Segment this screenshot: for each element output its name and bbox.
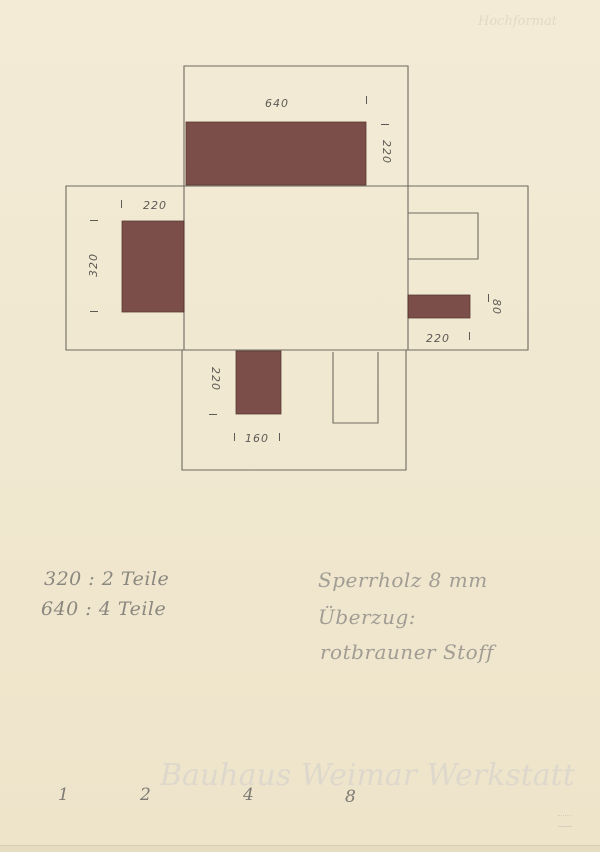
dim-tick	[90, 220, 98, 221]
box-net-diagram	[0, 0, 600, 852]
dim-left-height: 320	[87, 253, 100, 277]
dim-right-width: 220	[426, 332, 450, 345]
dim-bottom-width: 160	[245, 432, 269, 445]
dim-tick	[366, 96, 367, 104]
fabric-panel-top	[186, 122, 366, 185]
dim-tick	[279, 433, 280, 441]
scale-number: 8	[345, 787, 356, 807]
dim-top-height: 220	[380, 140, 393, 164]
fabric-panel-left	[122, 221, 184, 312]
note-parts-640: 640 : 4 Teile	[41, 598, 166, 620]
dim-right-height: 80	[490, 299, 503, 315]
dim-tick	[488, 294, 489, 302]
bottom-slot-cutout	[333, 352, 378, 423]
note-covering-fabric: rotbrauner Stoff	[320, 640, 494, 664]
scale-number: 4	[243, 785, 254, 805]
fabric-panel-right	[408, 295, 470, 318]
note-material: Sperrholz 8 mm	[318, 568, 488, 592]
note-covering-label: Überzug:	[318, 605, 416, 629]
dim-tick	[209, 414, 217, 415]
dim-top-width: 640	[265, 97, 289, 110]
dim-tick	[381, 124, 389, 125]
dim-tick	[90, 311, 98, 312]
fabric-panel-bottom	[236, 351, 281, 414]
blind-stamp	[558, 815, 572, 827]
right-slot-cutout	[408, 213, 478, 259]
note-parts-320: 320 : 2 Teile	[44, 568, 169, 590]
dim-tick	[234, 433, 235, 441]
faint-signature: Bauhaus Weimar Werkstatt	[160, 758, 575, 793]
dim-left-width: 220	[143, 199, 167, 212]
dim-bottom-height: 220	[209, 367, 222, 391]
dim-tick	[121, 200, 122, 208]
scale-number: 1	[58, 785, 69, 805]
scale-number: 2	[140, 785, 151, 805]
dim-tick	[469, 332, 470, 340]
